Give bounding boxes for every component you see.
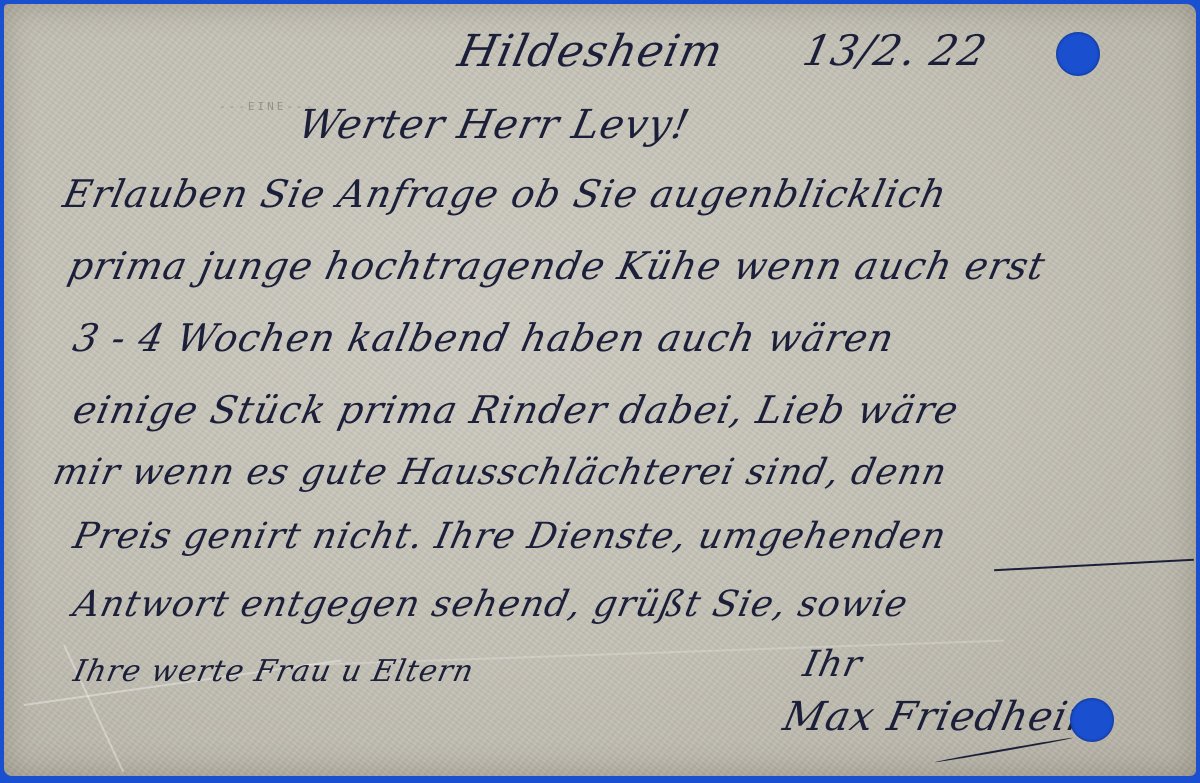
- postcard: ---EINE--- Hildesheim 13/2. 22 Werter He…: [4, 4, 1196, 776]
- letter-line: Ihre werte Frau u Eltern: [70, 654, 477, 689]
- letter-line: Erlauben Sie Anfrage ob Sie augenblickli…: [59, 172, 951, 216]
- punch-hole-top: [1056, 32, 1100, 76]
- signature-flourish: [935, 737, 1073, 763]
- date-heading: 13/2. 22: [799, 26, 992, 75]
- salutation: Werter Herr Levy!: [294, 102, 694, 148]
- letter-line: 3 - 4 Wochen kalbend haben auch wären: [69, 316, 898, 360]
- closing: Ihr: [800, 644, 866, 685]
- underline-stroke: [994, 559, 1194, 571]
- letter-line: Preis genirt nicht. Ihre Dienste, umgehe…: [70, 516, 951, 557]
- letter-line: mir wenn es gute Hausschlächterei sind, …: [50, 452, 951, 493]
- punch-hole-bottom: [1070, 698, 1114, 742]
- letter-line: Antwort entgegen sehend, grüßt Sie, sowi…: [70, 584, 912, 625]
- signature: Max Friedheim: [779, 694, 1111, 740]
- letter-line: prima junge hochtragende Kühe wenn auch …: [64, 244, 1049, 288]
- place-heading: Hildesheim: [454, 26, 728, 77]
- letter-line: einige Stück prima Rinder dabei, Lieb wä…: [69, 388, 963, 432]
